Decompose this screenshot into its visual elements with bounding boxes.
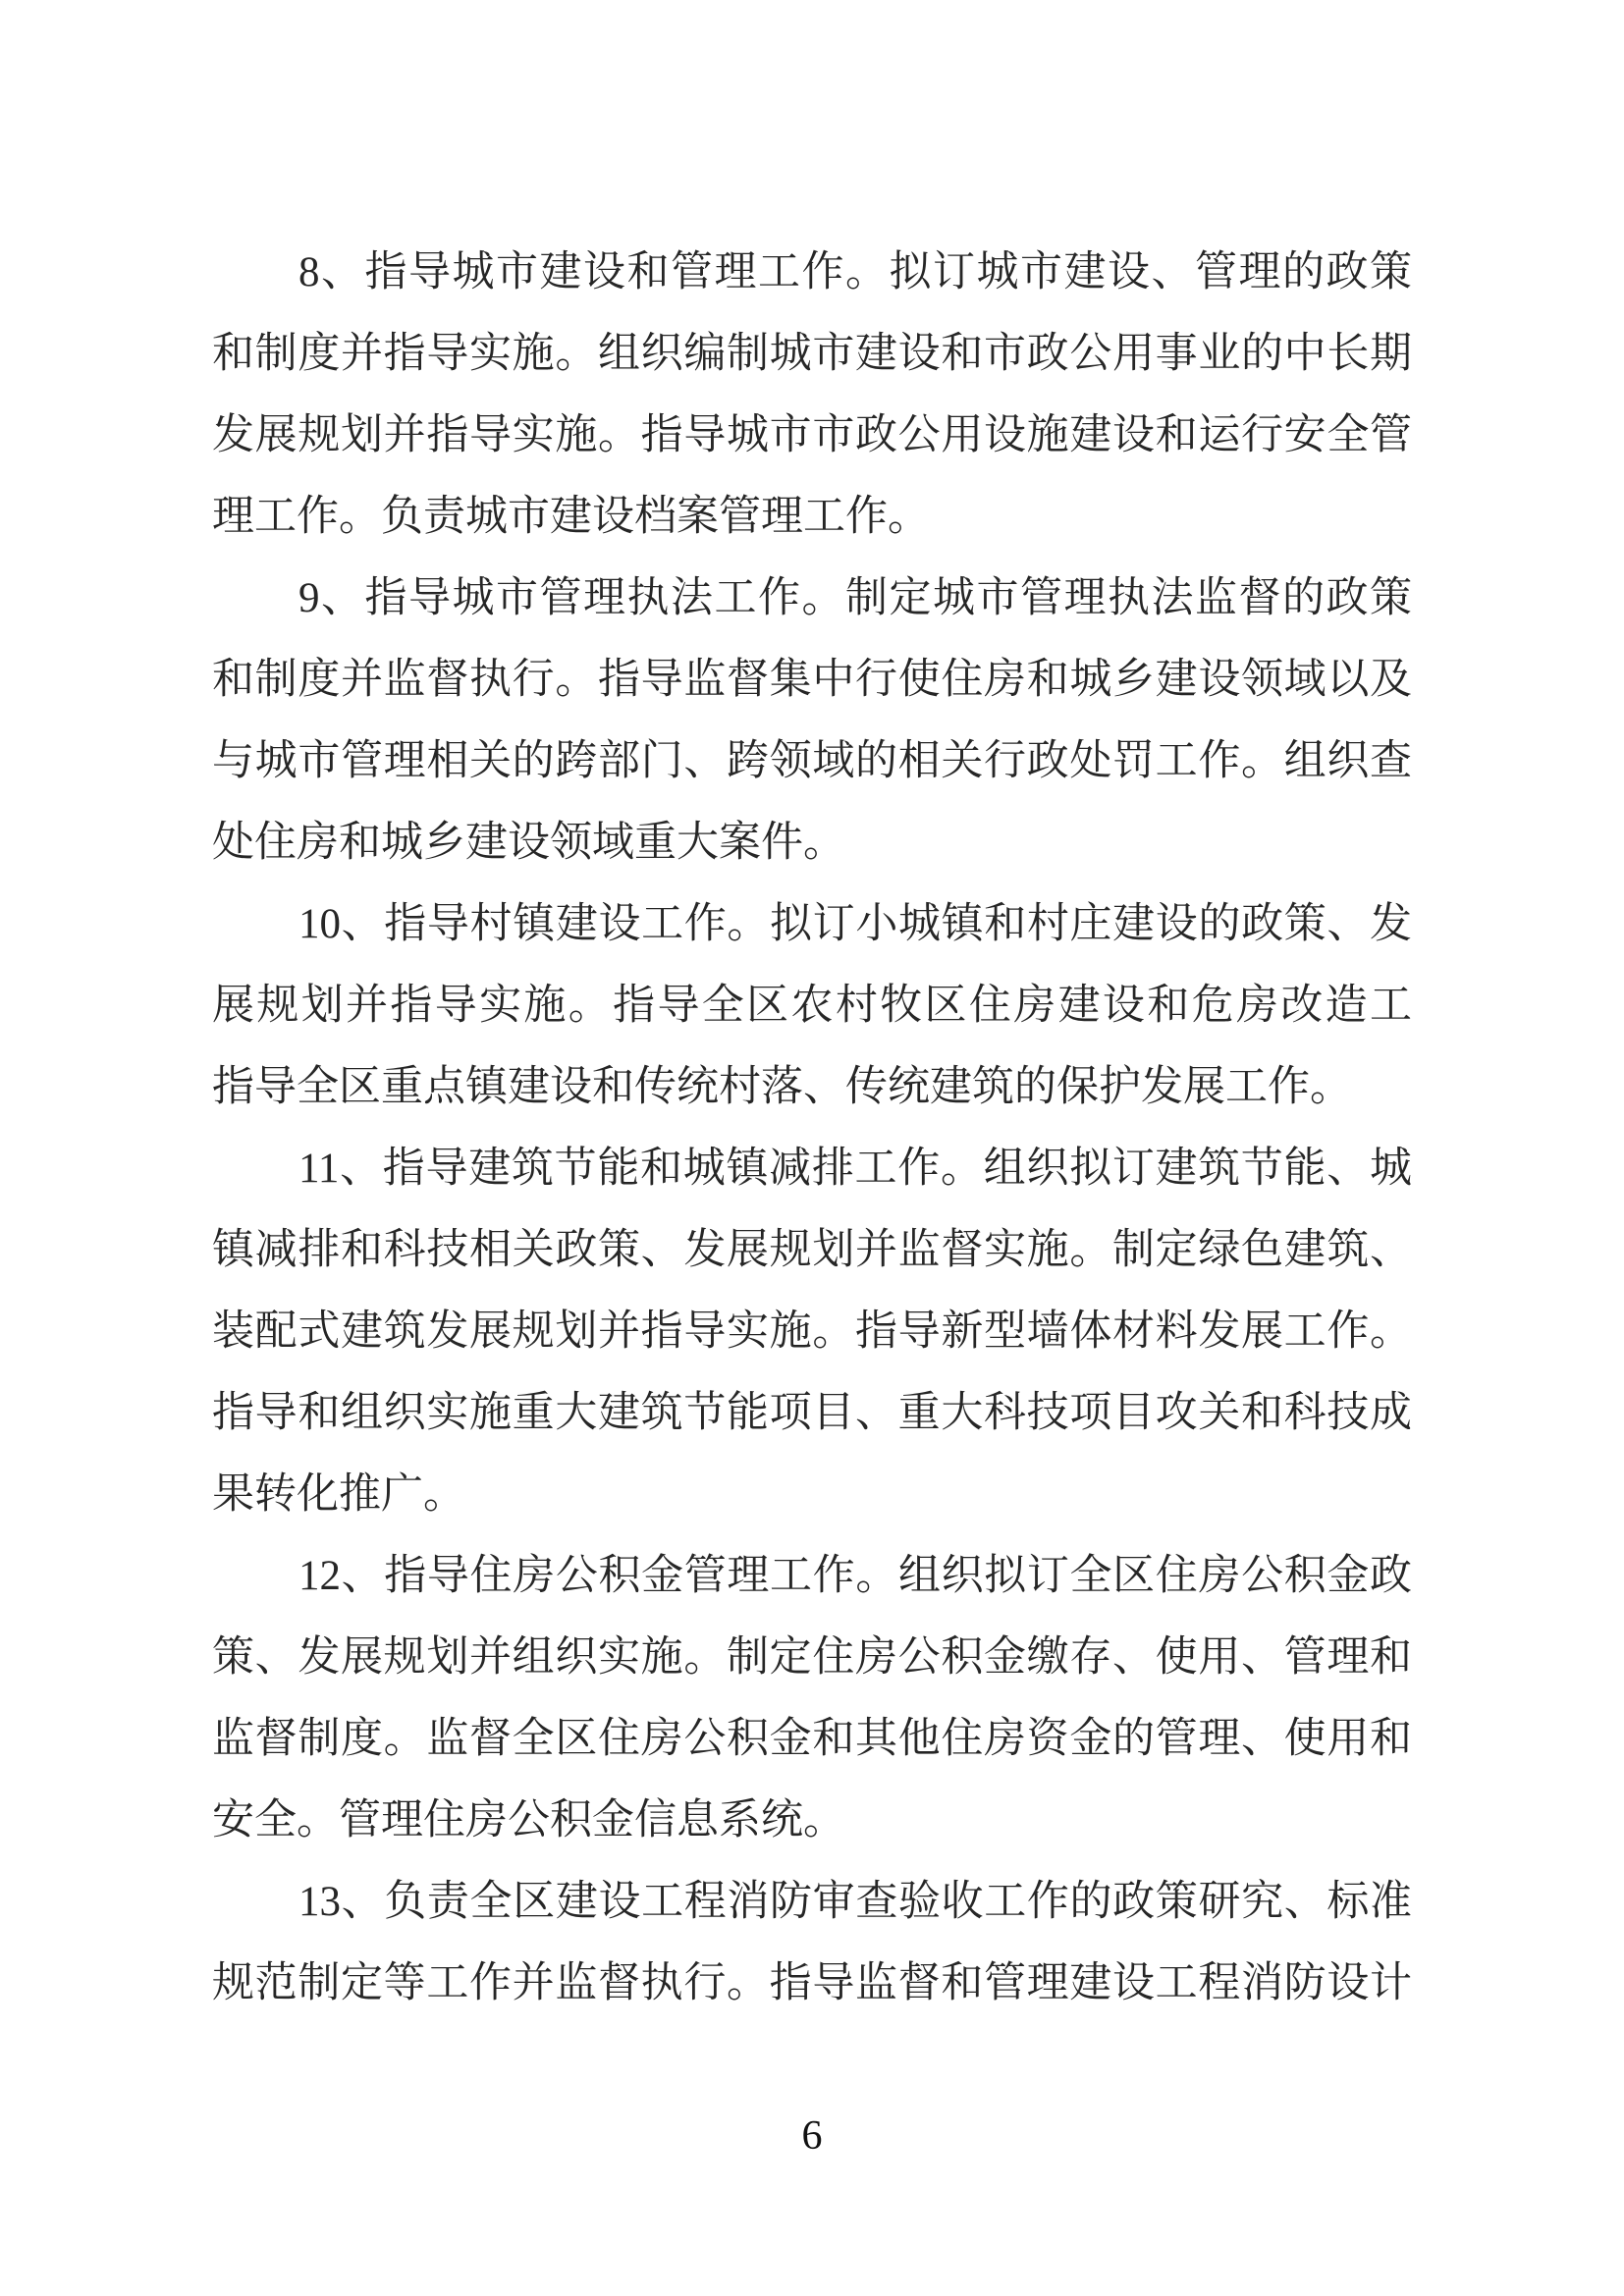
page-number: 6 [0, 2107, 1624, 2165]
paragraph-12: 12、指导住房公积金管理工作。组织拟订全区住房公积金政 策、发展规划并组织实施。… [212, 1535, 1412, 1861]
document-line: 10、指导村镇建设工作。拟订小城镇和村庄建设的政策、发 [212, 883, 1412, 965]
document-body: 8、指导城市建设和管理工作。拟订城市建设、管理的政策 和制度并指导实施。组织编制… [212, 232, 1412, 2024]
document-line: 9、指导城市管理执法工作。制定城市管理执法监督的政策 [212, 558, 1412, 639]
document-line: 安全。管理住房公积金信息系统。 [212, 1780, 1412, 1861]
paragraph-8: 8、指导城市建设和管理工作。拟订城市建设、管理的政策 和制度并指导实施。组织编制… [212, 232, 1412, 558]
document-line: 指导和组织实施重大建筑节能项目、重大科技项目攻关和科技成 [212, 1372, 1412, 1454]
document-line: 11、指导建筑节能和城镇减排工作。组织拟订建筑节能、城 [212, 1128, 1412, 1209]
document-line: 和制度并监督执行。指导监督集中行使住房和城乡建设领域以及 [212, 639, 1412, 721]
paragraph-9: 9、指导城市管理执法工作。制定城市管理执法监督的政策 和制度并监督执行。指导监督… [212, 558, 1412, 883]
document-page: 8、指导城市建设和管理工作。拟订城市建设、管理的政策 和制度并指导实施。组织编制… [0, 0, 1624, 2296]
document-line: 13、负责全区建设工程消防审查验收工作的政策研究、标准 [212, 1861, 1412, 1943]
document-line: 与城市管理相关的跨部门、跨领域的相关行政处罚工作。组织查 [212, 721, 1412, 802]
document-line: 装配式建筑发展规划并指导实施。指导新型墙体材料发展工作。 [212, 1291, 1412, 1372]
document-line: 果转化推广。 [212, 1454, 1412, 1535]
document-line: 发展规划并指导实施。指导城市市政公用设施建设和运行安全管 [212, 395, 1412, 476]
document-line: 策、发展规划并组织实施。制定住房公积金缴存、使用、管理和 [212, 1617, 1412, 1698]
document-line: 和制度并指导实施。组织编制城市建设和市政公用事业的中长期 [212, 313, 1412, 395]
document-line: 规范制定等工作并监督执行。指导监督和管理建设工程消防设计 [212, 1943, 1412, 2024]
document-line: 展规划并指导实施。指导全区农村牧区住房建设和危房改造工作。 [212, 965, 1412, 1046]
document-line: 指导全区重点镇建设和传统村落、传统建筑的保护发展工作。 [212, 1046, 1412, 1128]
paragraph-13: 13、负责全区建设工程消防审查验收工作的政策研究、标准 规范制定等工作并监督执行… [212, 1861, 1412, 2024]
document-line: 监督制度。监督全区住房公积金和其他住房资金的管理、使用和 [212, 1698, 1412, 1780]
document-line: 12、指导住房公积金管理工作。组织拟订全区住房公积金政 [212, 1535, 1412, 1617]
document-line: 镇减排和科技相关政策、发展规划并监督实施。制定绿色建筑、 [212, 1209, 1412, 1291]
document-line: 处住房和城乡建设领域重大案件。 [212, 802, 1412, 883]
paragraph-11: 11、指导建筑节能和城镇减排工作。组织拟订建筑节能、城 镇减排和科技相关政策、发… [212, 1128, 1412, 1535]
paragraph-10: 10、指导村镇建设工作。拟订小城镇和村庄建设的政策、发 展规划并指导实施。指导全… [212, 883, 1412, 1128]
document-line: 理工作。负责城市建设档案管理工作。 [212, 476, 1412, 558]
document-line: 8、指导城市建设和管理工作。拟订城市建设、管理的政策 [212, 232, 1412, 313]
